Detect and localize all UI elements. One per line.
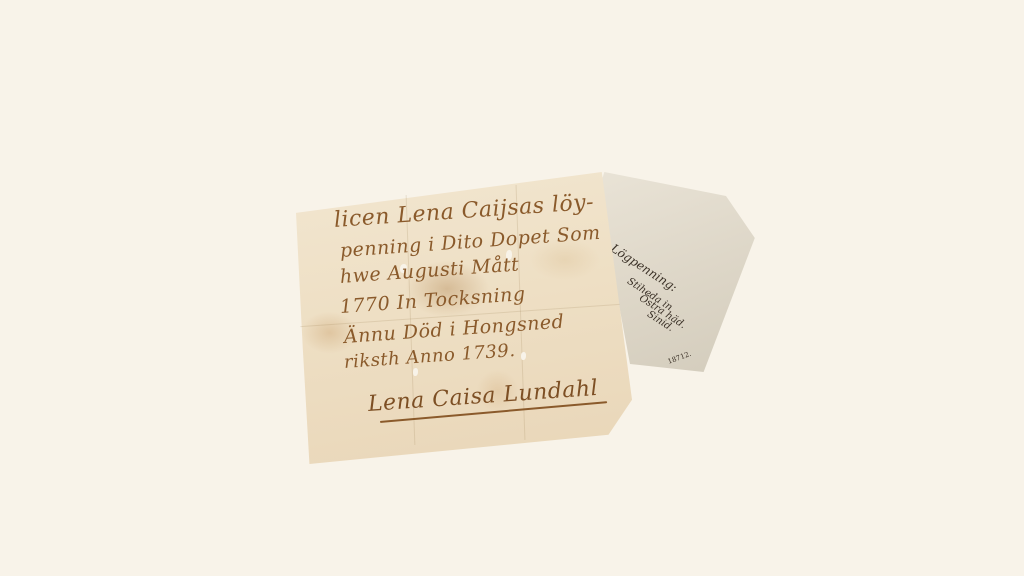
paper-hole — [521, 352, 526, 360]
photo-stage: Lögpenning: Stiheda in Östra häd. Sinid.… — [0, 0, 1024, 576]
paper-hole — [413, 368, 418, 376]
